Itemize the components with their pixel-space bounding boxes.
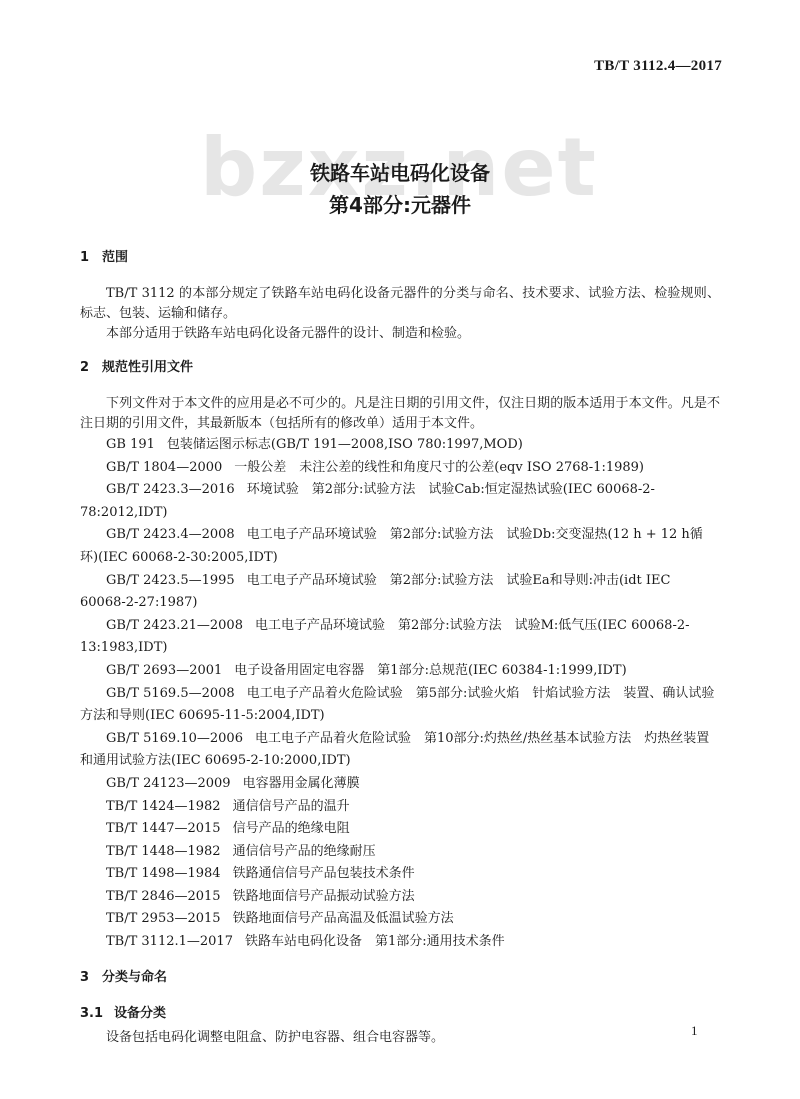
reference-code: GB 191 (106, 437, 155, 452)
reference-item: GB/T 5169.10—2006电工电子产品着火危险试验 第10部分:灼热丝/… (80, 728, 720, 773)
reference-code: GB/T 1804—2000 (106, 460, 222, 475)
section-title: 范围 (102, 250, 128, 265)
reference-item: GB/T 1804—2000一般公差 未注公差的线性和角度尺寸的公差(eqv I… (80, 457, 720, 480)
subsection-title: 设备分类 (114, 1006, 166, 1021)
reference-code: TB/T 1498—1984 (106, 866, 221, 881)
reference-item: TB/T 3112.1—2017铁路车站电码化设备 第1部分:通用技术条件 (80, 931, 720, 954)
reference-item: TB/T 2846—2015铁路地面信号产品振动试验方法 (80, 886, 720, 909)
reference-code: TB/T 2953—2015 (106, 911, 221, 926)
subsection-number: 3.1 (80, 1004, 114, 1024)
section-heading-classification: 3分类与命名 (80, 968, 720, 988)
reference-title: 电子设备用固定电容器 第1部分:总规范(IEC 60384-1:1999,IDT… (234, 663, 626, 678)
reference-item: GB/T 2423.4—2008电工电子产品环境试验 第2部分:试验方法 试验D… (80, 524, 720, 569)
section-heading-normative-references: 2规范性引用文件 (80, 358, 720, 378)
section-title: 分类与命名 (102, 970, 167, 985)
section-number: 3 (80, 968, 102, 988)
reference-code: TB/T 1447—2015 (106, 821, 221, 836)
paragraph: 设备包括电码化调整电阻盒、防护电容器、组合电容器等。 (80, 1028, 720, 1048)
reference-item: GB/T 2423.3—2016环境试验 第2部分:试验方法 试验Cab:恒定湿… (80, 479, 720, 524)
reference-item: GB/T 2693—2001电子设备用固定电容器 第1部分:总规范(IEC 60… (80, 660, 720, 683)
reference-code: GB/T 2423.5—1995 (106, 573, 235, 588)
reference-item: TB/T 2953—2015铁路地面信号产品高温及低温试验方法 (80, 908, 720, 931)
reference-list: GB 191包装储运图示标志(GB/T 191—2008,ISO 780:199… (80, 434, 720, 954)
reference-item: GB/T 24123—2009电容器用金属化薄膜 (80, 773, 720, 796)
section-heading-scope: 1范围 (80, 248, 720, 268)
reference-title: 铁路地面信号产品振动试验方法 (233, 889, 415, 904)
paragraph: 下列文件对于本文件的应用是必不可少的。凡是注日期的引用文件，仅注日期的版本适用于… (80, 394, 720, 434)
reference-code: TB/T 3112.1—2017 (106, 934, 233, 949)
reference-code: TB/T 1424—1982 (106, 799, 221, 814)
reference-code: TB/T 1448—1982 (106, 844, 221, 859)
reference-title: 通信信号产品的温升 (233, 799, 350, 814)
reference-item: TB/T 1424—1982通信信号产品的温升 (80, 796, 720, 819)
reference-code: GB/T 2423.3—2016 (106, 482, 235, 497)
reference-title: 包装储运图示标志(GB/T 191—2008,ISO 780:1997,MOD) (167, 437, 523, 452)
reference-title: 通信信号产品的绝缘耐压 (233, 844, 376, 859)
reference-item: TB/T 1447—2015信号产品的绝缘电阻 (80, 818, 720, 841)
reference-title: 铁路地面信号产品高温及低温试验方法 (233, 911, 454, 926)
reference-item: TB/T 1448—1982通信信号产品的绝缘耐压 (80, 841, 720, 864)
reference-code: GB/T 2423.21—2008 (106, 618, 243, 633)
reference-title: 电容器用金属化薄膜 (243, 776, 360, 791)
reference-code: TB/T 2846—2015 (106, 889, 221, 904)
standard-code: TB/T 3112.4—2017 (594, 58, 722, 75)
document-body: 1范围 TB/T 3112 的本部分规定了铁路车站电码化设备元器件的分类与命名、… (80, 248, 720, 1048)
document-subtitle: 第4部分:元器件 (0, 189, 800, 218)
reference-item: TB/T 1498—1984铁路通信信号产品包装技术条件 (80, 863, 720, 886)
reference-title: 铁路车站电码化设备 第1部分:通用技术条件 (245, 934, 505, 949)
subsection-heading-equipment-classification: 3.1设备分类 (80, 1004, 720, 1024)
reference-code: GB/T 2423.4—2008 (106, 527, 235, 542)
reference-code: GB/T 2693—2001 (106, 663, 222, 678)
section-title: 规范性引用文件 (102, 360, 193, 375)
reference-code: GB/T 24123—2009 (106, 776, 231, 791)
reference-code: GB/T 5169.5—2008 (106, 686, 235, 701)
reference-title: 铁路通信信号产品包装技术条件 (233, 866, 415, 881)
reference-code: GB/T 5169.10—2006 (106, 731, 243, 746)
reference-title: 一般公差 未注公差的线性和角度尺寸的公差(eqv ISO 2768-1:1989… (234, 460, 644, 475)
paragraph: 本部分适用于铁路车站电码化设备元器件的设计、制造和检验。 (80, 324, 720, 344)
reference-title: 信号产品的绝缘电阻 (233, 821, 350, 836)
section-number: 1 (80, 248, 102, 268)
reference-item: GB/T 5169.5—2008电工电子产品着火危险试验 第5部分:试验火焰 针… (80, 683, 720, 728)
reference-item: GB 191包装储运图示标志(GB/T 191—2008,ISO 780:199… (80, 434, 720, 457)
document-title: 铁路车站电码化设备 (0, 157, 800, 186)
paragraph: TB/T 3112 的本部分规定了铁路车站电码化设备元器件的分类与命名、技术要求… (80, 284, 720, 324)
reference-item: GB/T 2423.5—1995电工电子产品环境试验 第2部分:试验方法 试验E… (80, 570, 720, 615)
reference-item: GB/T 2423.21—2008电工电子产品环境试验 第2部分:试验方法 试验… (80, 615, 720, 660)
section-number: 2 (80, 358, 102, 378)
